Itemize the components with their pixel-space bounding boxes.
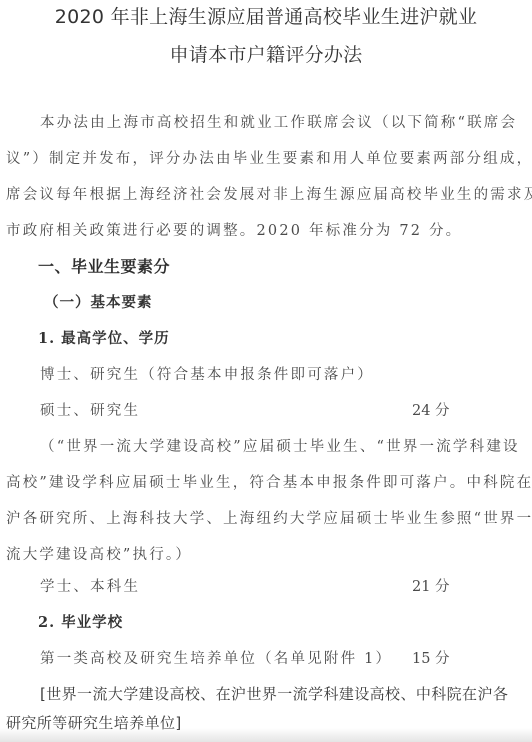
row-bachelor-score: 21 分	[412, 577, 450, 597]
item-heading-school: 2. 毕业学校	[38, 613, 123, 633]
row-master-label: 硕士、研究生	[40, 401, 140, 421]
master-note-line-1: （“世界一流大学建设高校”应届硕士毕业生、“世界一流学科建设	[40, 437, 520, 457]
subsection-heading-basic-factors: （一）基本要素	[44, 293, 153, 313]
tier1-note-line-1: [世界一流大学建设高校、在沪世界一流学科建设高校、中科院在沪各	[40, 684, 508, 704]
intro-paragraph-line-4: 市政府相关政策进行必要的调整。2020 年标准分为 72 分。	[6, 221, 462, 241]
document-title-line-2: 申请本市户籍评分办法	[0, 40, 532, 67]
section-heading-graduate-factors: 一、毕业生要素分	[38, 257, 170, 277]
row-doctor-label: 博士、研究生（符合基本申报条件即可落户）	[40, 365, 374, 385]
row-bachelor-label: 学士、本科生	[40, 577, 140, 597]
row-master-score: 24 分	[412, 401, 450, 421]
master-note-line-2: 高校”建设学科应届硕士毕业生，符合基本申报条件即可落户。中科院在	[6, 473, 532, 493]
master-note-line-3: 沪各研究所、上海科技大学、上海纽约大学应届硕士毕业生参照“世界一	[6, 509, 532, 529]
document-page: 2020 年非上海生源应届普通高校毕业生进沪就业 申请本市户籍评分办法 本办法由…	[0, 0, 532, 742]
intro-paragraph-line-3: 席会议每年根据上海经济社会发展对非上海生源应届高校毕业生的需求及	[6, 185, 532, 205]
intro-paragraph-line-2: 议”）制定并发布，评分办法由毕业生要素和用人单位要素两部分组成，联	[6, 149, 532, 169]
master-note-line-4: 流大学建设高校”执行。）	[6, 545, 192, 565]
page-bottom-shadow	[0, 728, 532, 742]
intro-paragraph-line-1: 本办法由上海市高校招生和就业工作联席会议（以下简称“联席会	[40, 113, 517, 133]
document-title-line-1: 2020 年非上海生源应届普通高校毕业生进沪就业	[0, 2, 532, 29]
row-tier1-label: 第一类高校及研究生培养单位（名单见附件 1）	[40, 649, 392, 669]
item-heading-degree: 1. 最高学位、学历	[38, 329, 170, 349]
row-tier1-score: 15 分	[412, 649, 450, 669]
